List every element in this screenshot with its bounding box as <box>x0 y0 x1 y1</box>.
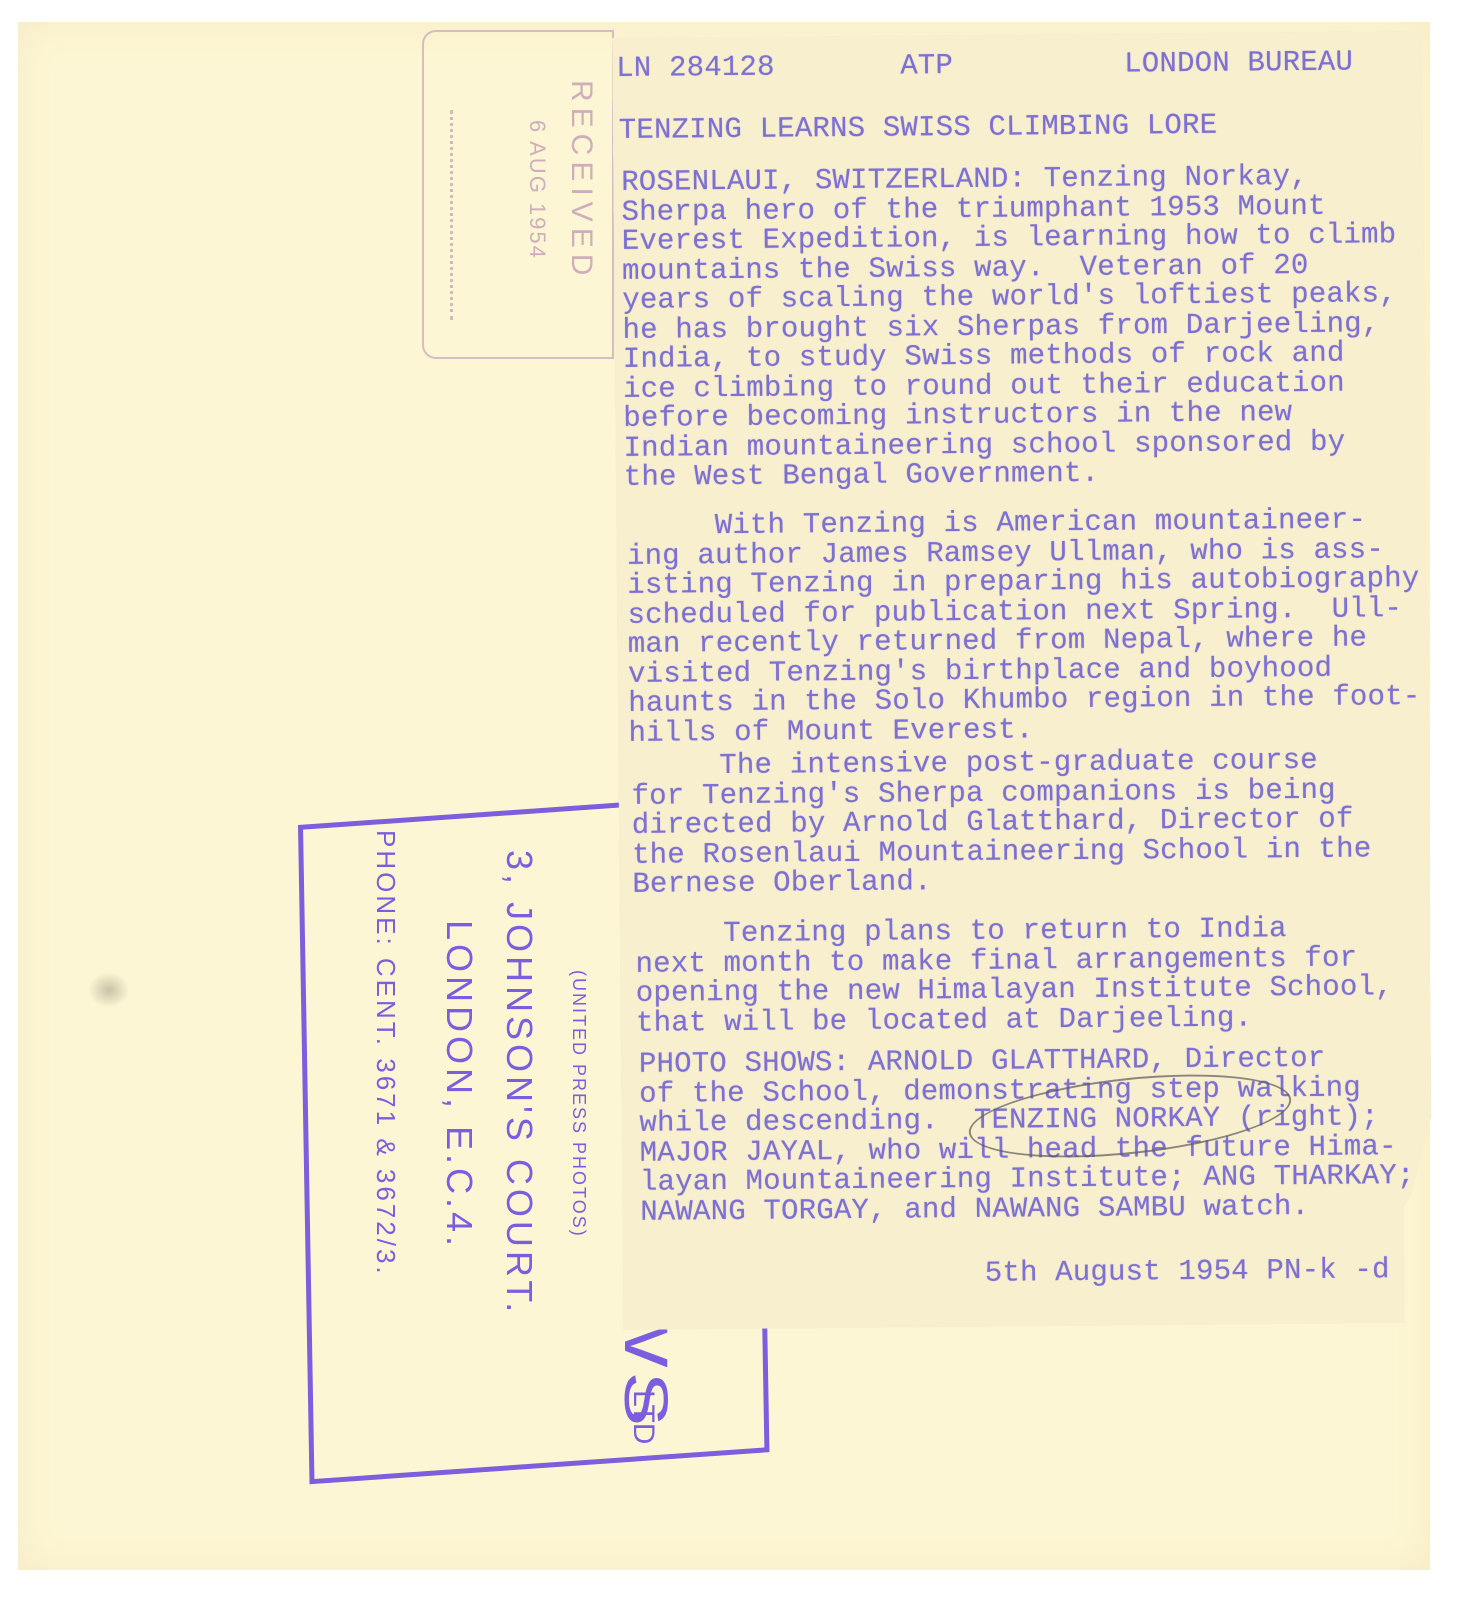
caption-line: that will be located at Darjeeling. <box>636 1001 1252 1039</box>
agency-address-line2: LONDON, E.C.4. <box>438 920 480 1250</box>
caption-line: NAWANG TORGAY, and NAWANG SAMBU watch. <box>640 1189 1309 1228</box>
ink-smudge <box>88 972 130 1008</box>
ref-number: LN 284128 <box>616 51 775 85</box>
caption-line: the Rosenlaui Mountaineering School in t… <box>632 832 1372 871</box>
received-label: RECEIVED <box>564 80 598 281</box>
received-date: 6 AUG 1954 <box>524 120 550 260</box>
caption-line: hills of Mount Everest. <box>628 713 1033 750</box>
caption-line: Bernese Oberland. <box>632 865 932 901</box>
received-stamp: RECEIVED 6 AUG 1954 <box>422 30 614 359</box>
bureau-name: LONDON BUREAU <box>1124 46 1353 81</box>
caption-line: the West Bengal Government. <box>624 457 1100 494</box>
agency-subtitle: (UNITED PRESS PHOTOS) <box>568 970 589 1238</box>
headline: TENZING LEARNS SWISS CLIMBING LORE <box>619 109 1218 147</box>
signature-dotted-line <box>450 110 453 320</box>
agency-suffix: LTD <box>626 1390 660 1444</box>
agency-phone: PHONE: CENT. 3671 & 3672/3. <box>370 830 401 1277</box>
agency-address-line1: 3, JOHNSON'S COURT. <box>498 850 540 1316</box>
agency-code: ATP <box>900 49 953 82</box>
dateline: 5th August 1954 PN-k -d <box>985 1253 1390 1290</box>
